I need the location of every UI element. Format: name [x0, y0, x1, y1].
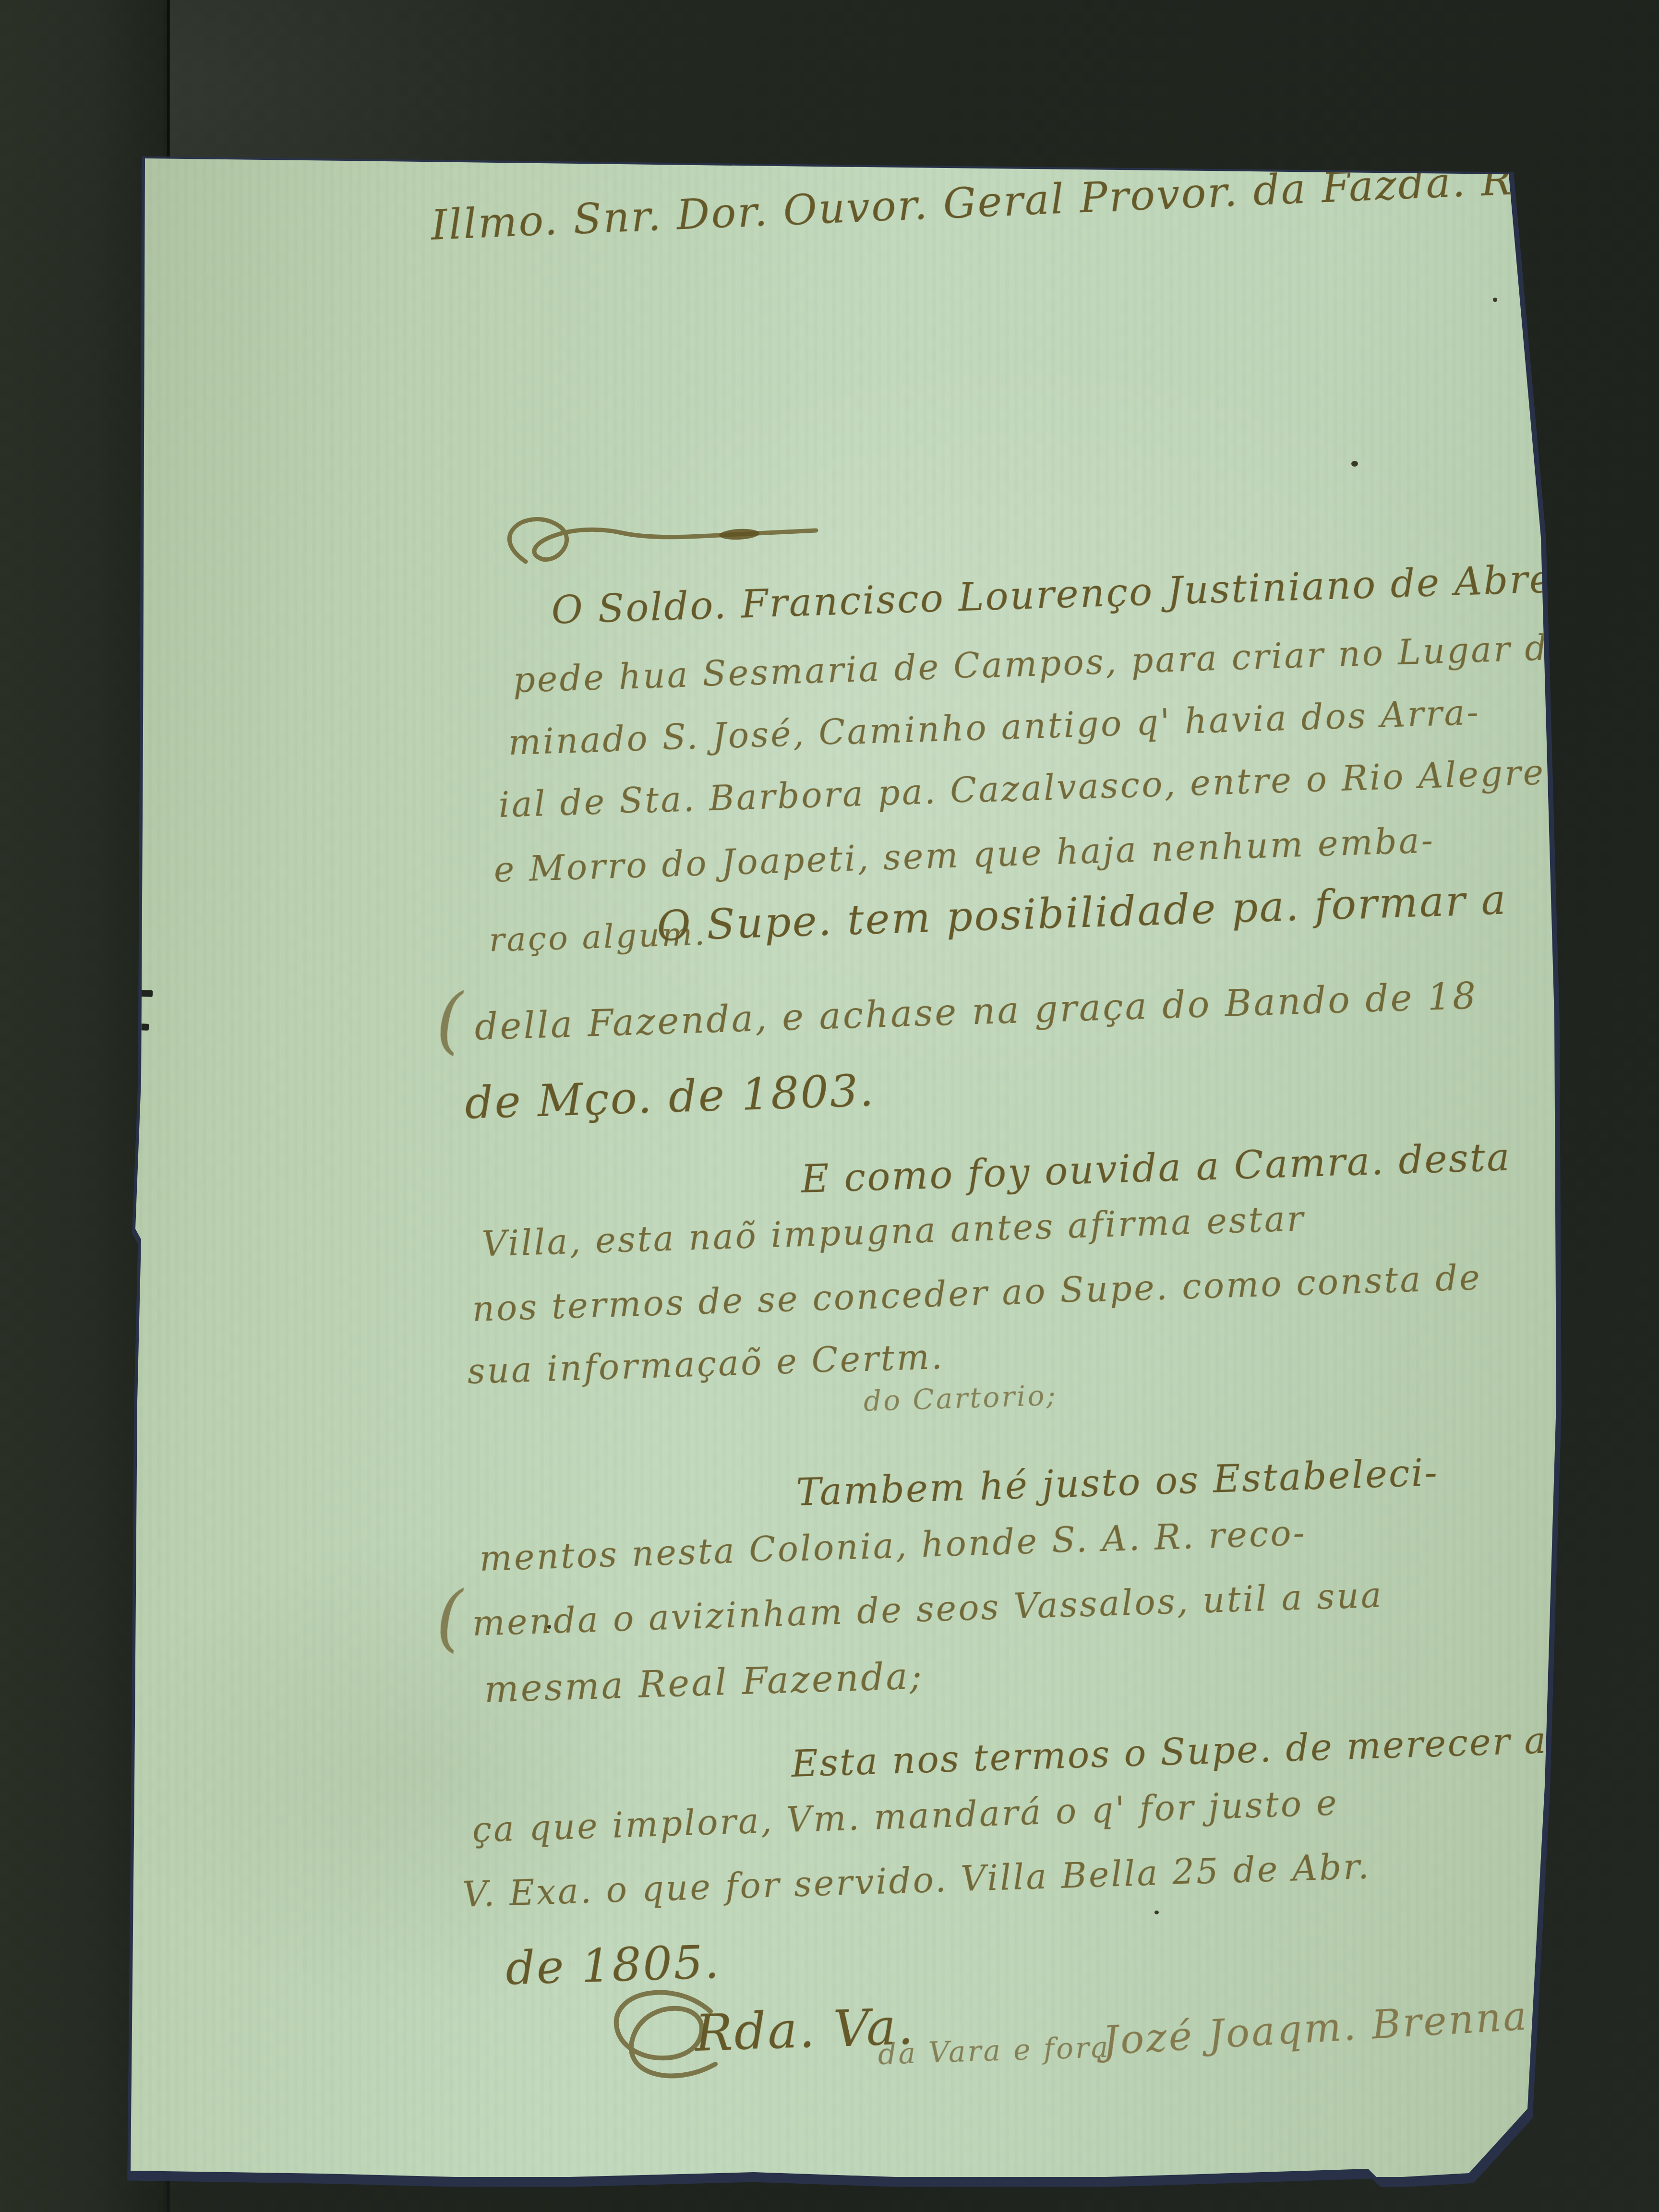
photographed-manuscript-scene: Illmo. Snr. Dor. Ouvor. Geral Provor. da…	[0, 0, 1659, 2212]
signature: Jozé Joaqm. Brenna	[1101, 1994, 1529, 2064]
manuscript-line: nos termos de se conceder ao Supe. como …	[471, 1257, 1482, 1329]
ink-speck	[547, 1625, 551, 1629]
manuscript-line: ça que implora, Vm. mandará o q' for jus…	[471, 1782, 1339, 1850]
manuscript-line: E como foy ouvida a Camra. desta	[800, 1135, 1512, 1202]
manuscript-paper-sheet: Illmo. Snr. Dor. Ouvor. Geral Provor. da…	[130, 154, 1560, 2177]
manuscript-line: della Fazenda, e achase na graça do Band…	[474, 974, 1478, 1048]
manuscript-line: ial de Sta. Barbora pa. Cazalvasco, entr…	[498, 752, 1546, 825]
manuscript-line: mentos nesta Colonia, honde S. A. R. rec…	[479, 1513, 1307, 1579]
ink-speck	[1351, 461, 1358, 467]
margin-paren-mark: (	[434, 978, 467, 1063]
manuscript-line: pede hua Sesmaria de Campos, para criar …	[512, 625, 1619, 700]
manuscript-line: O Supe. tem posibilidade pa. formar a	[656, 876, 1508, 950]
pen-flourish-icon	[497, 506, 833, 578]
manuscript-line: Esta nos termos o Supe. de merecer a gra…	[791, 1716, 1642, 1785]
margin-paren-mark: (	[434, 1576, 467, 1660]
manuscript-line: de Mço. de 1803.	[464, 1065, 876, 1129]
manuscript-line: Tambem hé justo os Estabeleci-	[795, 1451, 1439, 1515]
ink-speck	[1154, 1911, 1159, 1914]
manuscript-line: V. Exa. o que for servido. Villa Bella 2…	[462, 1846, 1371, 1915]
manuscript-line: e Morro do Joapeti, sem que haja nenhum …	[493, 820, 1435, 890]
manuscript-line: mesma Real Fazenda;	[483, 1654, 924, 1711]
manuscript-inserted-line: do Cartorio;	[863, 1379, 1058, 1418]
manuscript-line: menda o avizinham de seos Vassalos, util…	[471, 1575, 1383, 1644]
manuscript-line: minado S. José, Caminho antigo q' havia …	[507, 692, 1480, 763]
ink-speck	[1493, 298, 1497, 302]
manuscript-line: sua informaçaõ e Certm.	[467, 1336, 944, 1392]
closing-text: da Vara e fora	[878, 2031, 1111, 2071]
manuscript-line: Villa, esta naõ impugna antes afirma est…	[481, 1198, 1306, 1264]
